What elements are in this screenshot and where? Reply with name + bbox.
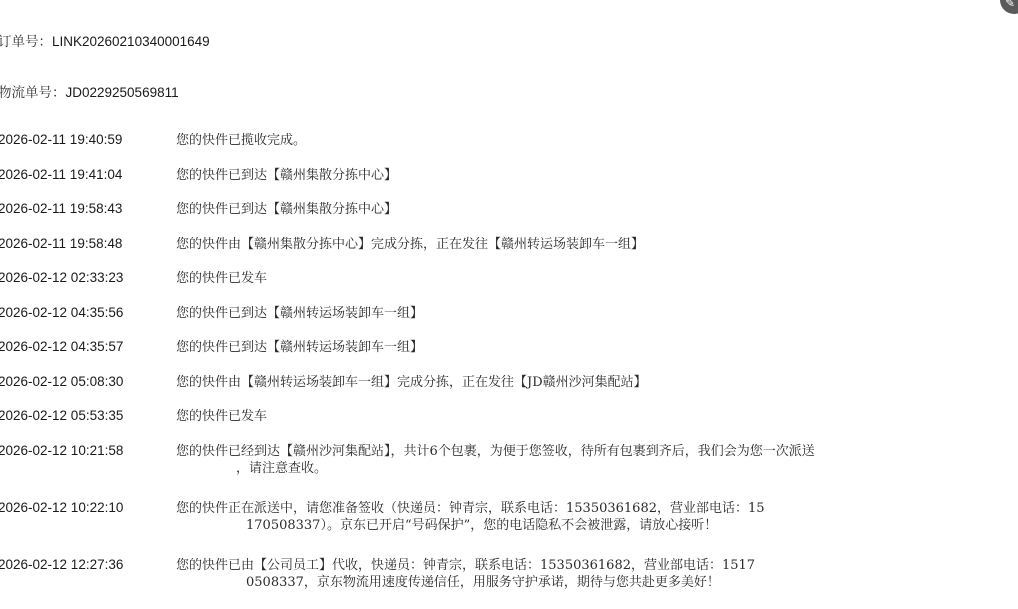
tracking-row: 2026-02-12 12:27:36 您的快件已由【公司员工】代收，快递员：钟… — [0, 557, 1013, 609]
tracking-message: 您的快件已揽收完成。 — [176, 132, 1013, 149]
tracking-message-line: 您的快件已发车 — [176, 408, 1013, 425]
waybill-number: 物流单号：JD0229250569811 — [0, 81, 179, 101]
tracking-row: 2026-02-11 19:41:04 您的快件已到达【赣州集散分拣中心】 — [0, 167, 1013, 202]
edit-icon[interactable]: ✎ — [1000, 0, 1018, 14]
tracking-time: 2026-02-12 10:22:10 — [0, 500, 176, 515]
tracking-row: 2026-02-12 05:53:35 您的快件已发车 — [0, 408, 1013, 443]
waybill-number-label: 物流单号： — [0, 85, 66, 101]
tracking-message-line: 您的快件已经到达【赣州沙河集配站】，共计6个包裹，为便于您签收，待所有包裹到齐后… — [176, 443, 1013, 460]
tracking-message: 您的快件已由【公司员工】代收，快递员：钟青宗，联系电话：15350361682，… — [176, 557, 1013, 591]
tracking-time: 2026-02-11 19:41:04 — [0, 167, 176, 182]
tracking-message-continuation: 170508337）。京东已开启“号码保护”，您的电话隐私不会被泄露，请放心接听… — [176, 517, 1013, 534]
tracking-time: 2026-02-12 02:33:23 — [0, 270, 176, 285]
tracking-row: 2026-02-12 04:35:56 您的快件已到达【赣州转运场装卸车一组】 — [0, 305, 1013, 340]
tracking-message-continuation: 0508337，京东物流用速度传递信任，用服务守护承诺，期待与您共赴更多美好！ — [176, 574, 1013, 591]
tracking-message: 您的快件由【赣州转运场装卸车一组】完成分拣，正在发往【JD赣州沙河集配站】 — [176, 374, 1013, 391]
tracking-message: 您的快件已到达【赣州集散分拣中心】 — [176, 167, 1013, 184]
tracking-message: 您的快件已发车 — [176, 270, 1013, 287]
waybill-number-value: JD0229250569811 — [66, 85, 179, 100]
tracking-message-line: 您的快件已由【公司员工】代收，快递员：钟青宗，联系电话：15350361682，… — [176, 557, 1013, 574]
tracking-message: 您的快件正在派送中，请您准备签收（快递员：钟青宗，联系电话：1535036168… — [176, 500, 1013, 534]
order-number-value: LINK20260210340001649 — [52, 34, 210, 49]
tracking-message: 您的快件已经到达【赣州沙河集配站】，共计6个包裹，为便于您签收，待所有包裹到齐后… — [176, 443, 1013, 477]
tracking-message: 您的快件已到达【赣州集散分拣中心】 — [176, 201, 1013, 218]
tracking-time: 2026-02-11 19:58:43 — [0, 201, 176, 216]
tracking-row: 2026-02-12 10:21:58 您的快件已经到达【赣州沙河集配站】，共计… — [0, 443, 1013, 500]
tracking-message-line: 您的快件已到达【赣州集散分拣中心】 — [176, 167, 1013, 184]
tracking-message: 您的快件已发车 — [176, 408, 1013, 425]
tracking-message-line: 您的快件已揽收完成。 — [176, 132, 1013, 149]
tracking-row: 2026-02-12 02:33:23 您的快件已发车 — [0, 270, 1013, 305]
tracking-time: 2026-02-12 05:53:35 — [0, 408, 176, 423]
tracking-message-line: 您的快件已到达【赣州转运场装卸车一组】 — [176, 339, 1013, 356]
tracking-row: 2026-02-11 19:58:48 您的快件由【赣州集散分拣中心】完成分拣，… — [0, 236, 1013, 271]
tracking-time: 2026-02-12 05:08:30 — [0, 374, 176, 389]
tracking-message: 您的快件已到达【赣州转运场装卸车一组】 — [176, 305, 1013, 322]
tracking-row: 2026-02-11 19:58:43 您的快件已到达【赣州集散分拣中心】 — [0, 201, 1013, 236]
tracking-message: 您的快件已到达【赣州转运场装卸车一组】 — [176, 339, 1013, 356]
tracking-time: 2026-02-12 04:35:56 — [0, 305, 176, 320]
tracking-row: 2026-02-12 10:22:10 您的快件正在派送中，请您准备签收（快递员… — [0, 500, 1013, 557]
tracking-message-line: 您的快件由【赣州转运场装卸车一组】完成分拣，正在发往【JD赣州沙河集配站】 — [176, 374, 1013, 391]
order-number-label: 订单号： — [0, 34, 52, 50]
tracking-message-line: 您的快件已到达【赣州集散分拣中心】 — [176, 201, 1013, 218]
tracking-message-continuation: ，请注意查收。 — [176, 460, 1013, 477]
tracking-time: 2026-02-12 04:35:57 — [0, 339, 176, 354]
tracking-time: 2026-02-12 10:21:58 — [0, 443, 176, 458]
order-number: 订单号：LINK20260210340001649 — [0, 30, 210, 50]
tracking-message-line: 您的快件已发车 — [176, 270, 1013, 287]
tracking-time: 2026-02-11 19:58:48 — [0, 236, 176, 251]
tracking-message-line: 您的快件正在派送中，请您准备签收（快递员：钟青宗，联系电话：1535036168… — [176, 500, 1013, 517]
tracking-message-line: 您的快件已到达【赣州转运场装卸车一组】 — [176, 305, 1013, 322]
tracking-list: 2026-02-11 19:40:59 您的快件已揽收完成。 2026-02-1… — [0, 132, 1013, 609]
tracking-row: 2026-02-12 05:08:30 您的快件由【赣州转运场装卸车一组】完成分… — [0, 374, 1013, 409]
tracking-message-line: 您的快件由【赣州集散分拣中心】完成分拣，正在发往【赣州转运场装卸车一组】 — [176, 236, 1013, 253]
tracking-time: 2026-02-11 19:40:59 — [0, 132, 176, 147]
tracking-row: 2026-02-11 19:40:59 您的快件已揽收完成。 — [0, 132, 1013, 167]
tracking-row: 2026-02-12 04:35:57 您的快件已到达【赣州转运场装卸车一组】 — [0, 339, 1013, 374]
tracking-message: 您的快件由【赣州集散分拣中心】完成分拣，正在发往【赣州转运场装卸车一组】 — [176, 236, 1013, 253]
tracking-time: 2026-02-12 12:27:36 — [0, 557, 176, 572]
